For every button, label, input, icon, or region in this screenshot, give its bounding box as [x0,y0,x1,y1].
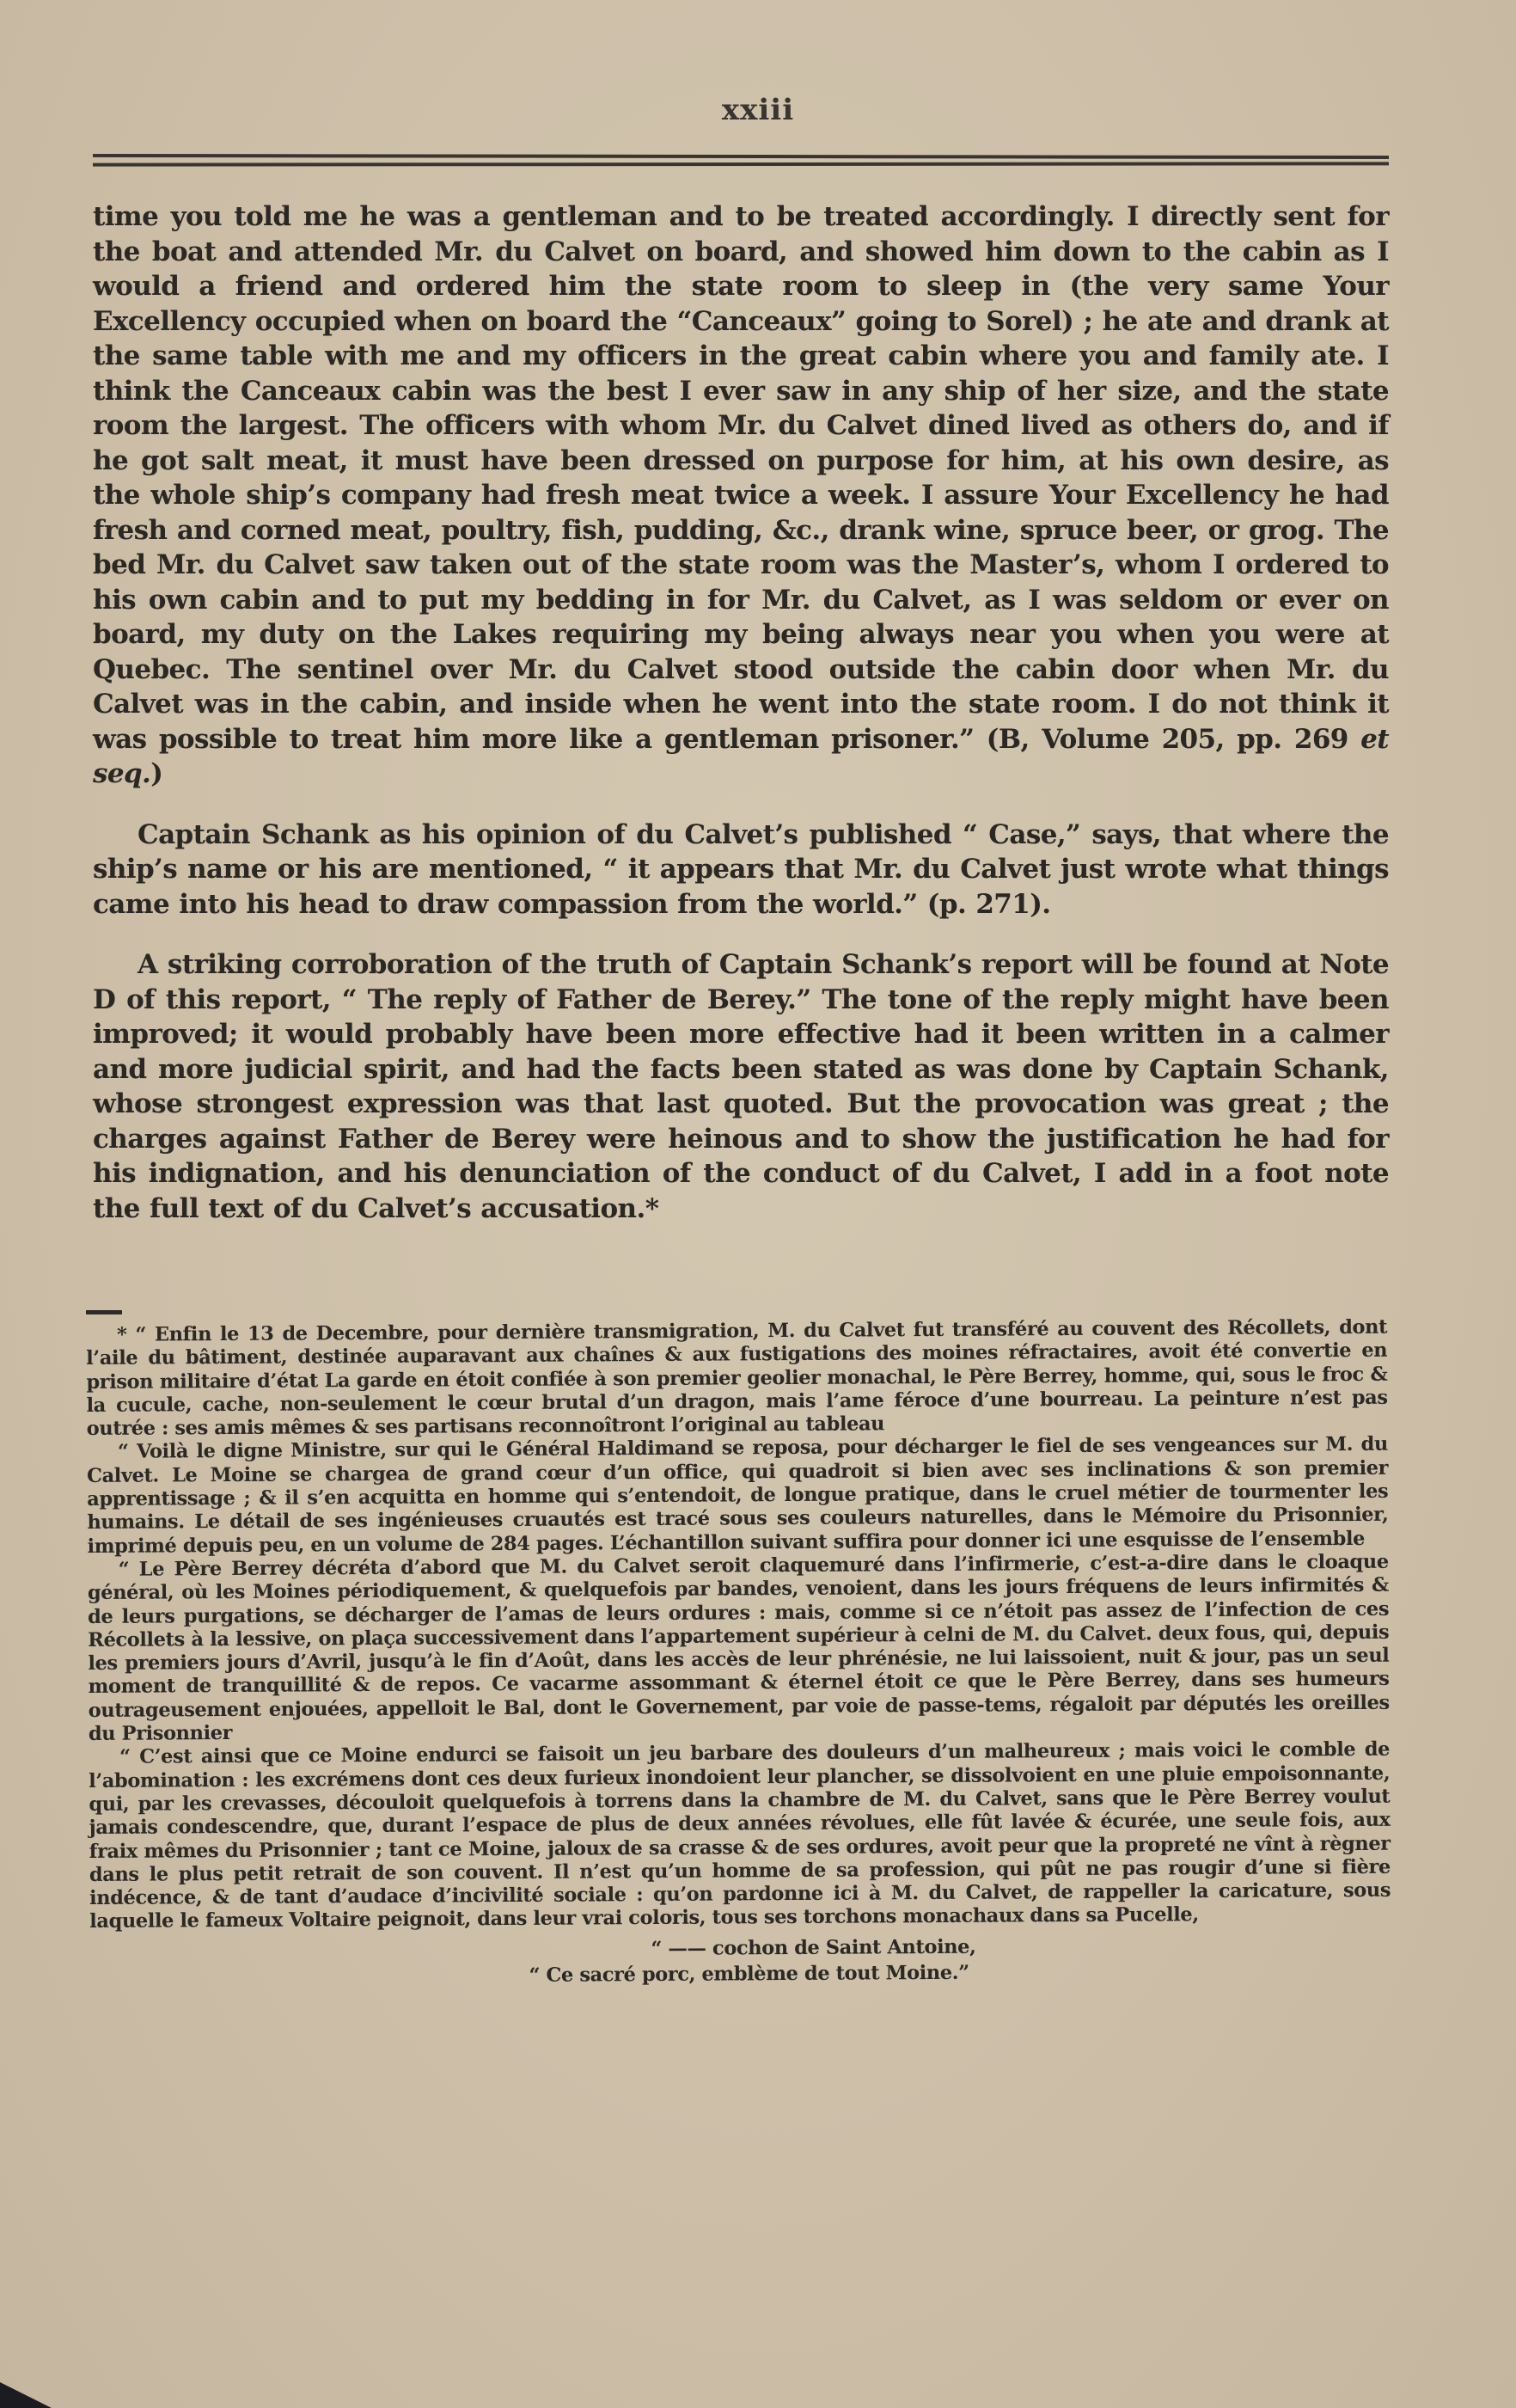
body-paragraph-1: time you told me he was a gentleman and … [93,199,1389,792]
footnote-paragraph-3: “ Le Père Berrey décréta d’abord que M. … [88,1551,1390,1747]
rule-line-top [93,154,1389,159]
main-text: time you told me he was a gentleman and … [93,199,1389,1252]
scan-edge-shadow [0,2382,52,2408]
book-page: xxiii time you told me he was a gentlema… [0,0,1516,2408]
verse-quote: “ —— cochon de Saint Antoine, “ Ce sacré… [89,1931,1391,1990]
footnote-paragraph-2: “ Voilà le digne Ministre, sur qui le Gé… [87,1433,1389,1559]
body-paragraph-3: A striking corroboration of the truth of… [93,947,1389,1226]
footnote-paragraph-4: “ C’est ainsi que ce Moine endurci se fa… [89,1738,1391,1934]
body-paragraph-2: Captain Schank as his opinion of du Calv… [93,818,1389,922]
citation-close: ) [150,758,162,789]
rule-line-bottom [93,162,1389,166]
paragraph-text: time you told me he was a gentleman and … [93,201,1389,755]
page-number: xxiii [0,93,1516,127]
footnote-paragraph-1: * “ Enfin le 13 de Decembre, pour derniè… [86,1316,1388,1442]
footnote-block: * “ Enfin le 13 de Decembre, pour derniè… [86,1316,1391,1991]
footnote-rule [86,1310,122,1314]
header-double-rule [93,155,1389,167]
